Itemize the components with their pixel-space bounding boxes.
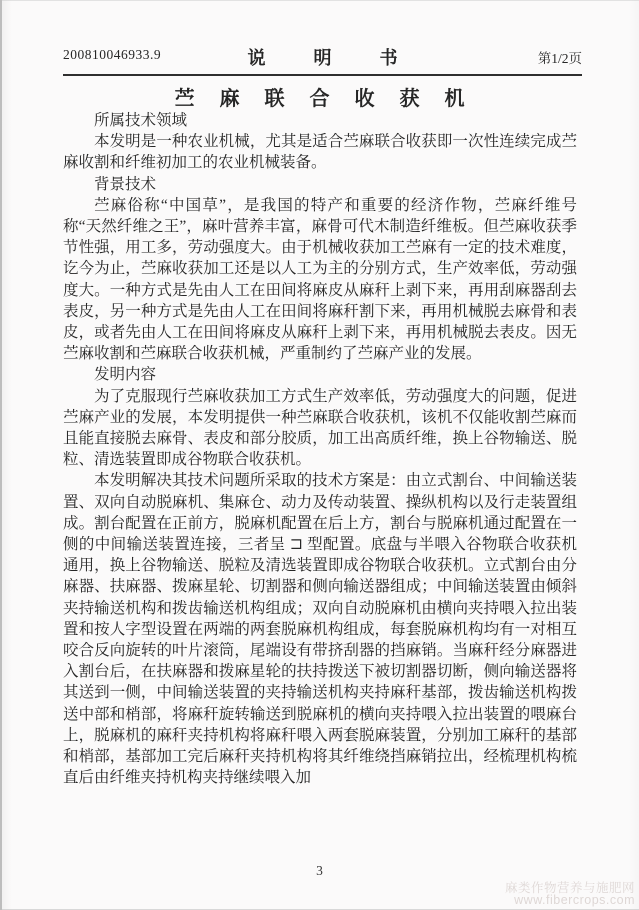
header-divider (63, 74, 582, 76)
watermark: 麻类作物营养与施肥网 www.fibercrops.com (505, 882, 635, 906)
section-heading-invention-content: 发明内容 (63, 364, 577, 385)
document-body: 所属技术领域 本发明是一种农业机械，尤其是适合苎麻联合收获即一次性连续完成苎麻收… (63, 110, 577, 789)
document-type-title: 说 明 书 (233, 44, 413, 70)
document-header: 200810046933.9 说 明 书 第1/2页 (63, 44, 582, 64)
watermark-url: www.fibercrops.com (505, 894, 635, 906)
paragraph-background-art: 苎麻俗称“中国草”，是我国的特产和重要的经济作物，苎麻纤维号称“天然纤维之王”，… (63, 195, 577, 365)
patent-document-page: 200810046933.9 说 明 书 第1/2页 苎 麻 联 合 收 获 机… (0, 0, 639, 910)
invention-title: 苎 麻 联 合 收 获 机 (0, 82, 639, 111)
page-number: 3 (0, 863, 639, 879)
paragraph-technical-field: 本发明是一种农业机械，尤其是适合苎麻联合收获即一次性连续完成苎麻收割和纤维初加工… (63, 131, 577, 173)
paragraph-technical-solution: 本发明解决其技术问题所采取的技术方案是：由立式割台、中间输送装置、双向自动脱麻机… (63, 470, 577, 788)
section-heading-technical-field: 所属技术领域 (63, 110, 577, 131)
application-number: 200810046933.9 (63, 47, 161, 63)
page-indicator: 第1/2页 (538, 47, 582, 67)
paragraph-invention-summary: 为了克服现行苎麻收获加工方式生产效率低，劳动强度大的问题，促进苎麻产业的发展，本… (63, 386, 577, 471)
section-heading-background-art: 背景技术 (63, 174, 577, 195)
